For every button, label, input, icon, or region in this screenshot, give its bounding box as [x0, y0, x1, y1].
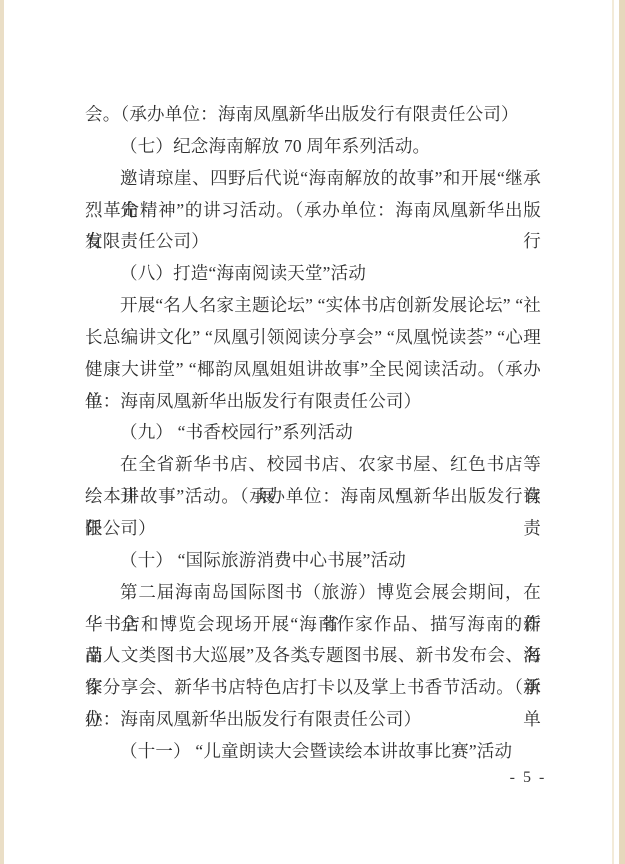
- page-number: - 5 -: [505, 768, 551, 788]
- document-line: 在全省新华书店、校园书店、农家书屋、红色书店等开展“读: [85, 449, 541, 481]
- document-line: 健康大讲堂” “椰韵凤凰姐姐讲故事”全民阅读活动。（承办单: [85, 354, 541, 386]
- scan-edge-left: [0, 0, 4, 864]
- document-line-heading-10: （十） “国际旅游消费中心书展”活动: [85, 545, 541, 577]
- document-line: 南人文类图书大巡展”及各类专题图书展、新书发布会、名家新: [85, 640, 541, 672]
- document-line-heading-8: （八）打造“海南阅读天堂”活动: [85, 258, 541, 290]
- document-line: 邀请琼崖、四野后代说“海南解放的故事”和开展“继承先: [85, 163, 541, 195]
- document-line-heading-7: （七）纪念海南解放 70 周年系列活动。: [85, 131, 541, 163]
- document-line: 会。（承办单位：海南凤凰新华出版发行有限责任公司）: [85, 99, 541, 131]
- scan-edge-right: [619, 0, 625, 864]
- document-line: 位：海南凤凰新华出版发行有限责任公司）: [85, 386, 541, 418]
- document-line: 绘本讲故事”活动。（承办单位：海南凤凰新华出版发行有限责: [85, 481, 541, 513]
- document-text-block: 会。（承办单位：海南凤凰新华出版发行有限责任公司） （七）纪念海南解放 70 周…: [85, 99, 541, 768]
- document-line: 作分享会、新华书店特色店打卡以及掌上书香节活动。（承办单: [85, 672, 541, 704]
- document-line: 华书店和博览会现场开展“海南作家作品、描写海南的作品、海: [85, 609, 541, 641]
- document-line-heading-11: （十一） “儿童朗读大会暨读绘本讲故事比赛”活动: [85, 736, 541, 768]
- scan-edge-right-faint: [612, 0, 614, 864]
- document-page: 会。（承办单位：海南凤凰新华出版发行有限责任公司） （七）纪念海南解放 70 周…: [0, 0, 625, 864]
- document-line: 第二届海南岛国际图书（旅游）博览会展会期间，在全省新: [85, 577, 541, 609]
- document-line-heading-9: （九） “书香校园行”系列活动: [85, 417, 541, 449]
- document-line: 烈革命精神”的讲习活动。（承办单位：海南凤凰新华出版发行: [85, 195, 541, 227]
- document-line: 开展“名人名家主题论坛” “实体书店创新发展论坛” “社: [85, 290, 541, 322]
- document-line: 长总编讲文化” “凤凰引领阅读分享会” “凤凰悦读荟” “心理: [85, 322, 541, 354]
